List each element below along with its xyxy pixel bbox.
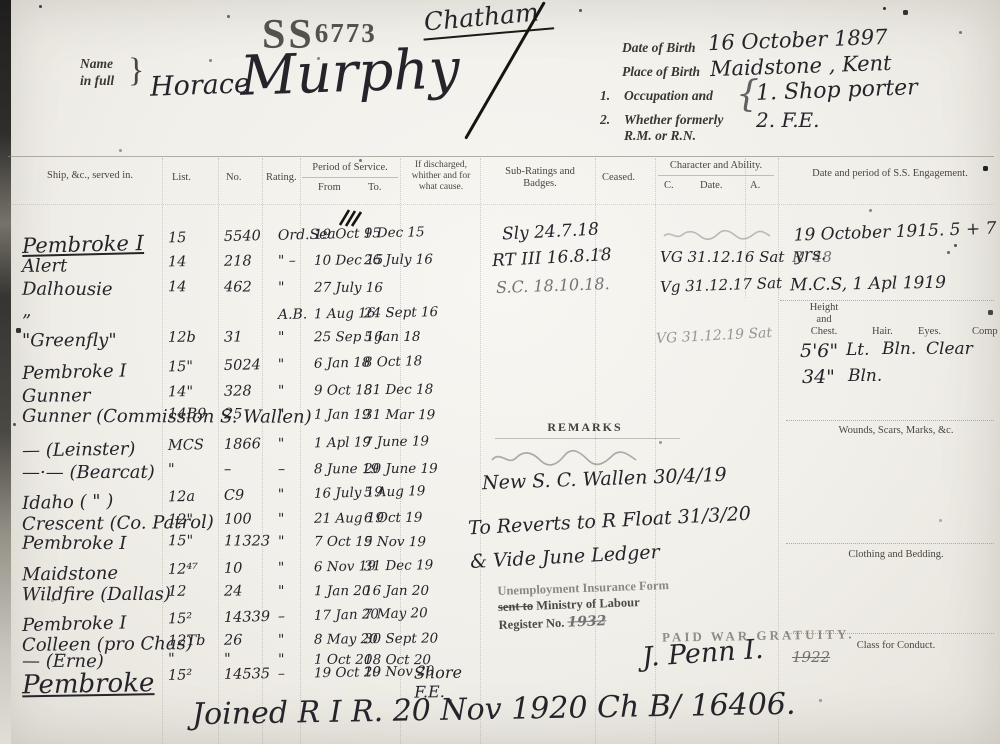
cell-to: 30 Sept 20 xyxy=(364,630,438,647)
cell-to: 5 Nov 19 xyxy=(364,534,426,550)
header-ceased: Ceased. xyxy=(602,172,635,184)
header-rating: Rating. xyxy=(266,172,297,184)
cell-no: 11323 xyxy=(224,533,270,549)
header-character: Character and Ability. xyxy=(658,160,774,172)
cell-no: 328 xyxy=(224,383,252,399)
dob-value: 16 October 1897 xyxy=(708,25,888,55)
cell-list: 15² xyxy=(168,611,193,628)
former-service-label: Whether formerly R.M. or R.N. xyxy=(624,112,723,144)
cell-rating: " xyxy=(278,487,285,503)
cell-to: 26 July 16 xyxy=(364,252,433,269)
cell-rating: " – xyxy=(278,253,296,269)
cell-rating: A.B. xyxy=(278,306,308,323)
cell-ship: Pembroke I xyxy=(22,533,126,554)
height-label-line1: Height xyxy=(798,302,850,314)
cell-rating: " xyxy=(278,583,285,599)
cell-rating: " xyxy=(278,407,285,423)
cell-ship: Dalhousie xyxy=(22,279,113,300)
cell-to: 7 May 20 xyxy=(364,605,428,623)
cell-rating: – xyxy=(278,666,285,682)
footer-note-handwritten: Joined R I R. 20 Nov 1920 Ch B/ 16406. xyxy=(192,687,796,733)
engagement-entry: M.C.S, 1 Apl 1919 xyxy=(790,273,946,296)
cell-list: 15" xyxy=(168,359,194,376)
cell-no: 100 xyxy=(224,511,252,527)
cell-ship: ” xyxy=(22,311,32,332)
cell-list: 12a xyxy=(168,489,195,506)
table-top-rule xyxy=(8,156,994,157)
illegible-remark-line xyxy=(490,448,640,468)
dob-label: Date of Birth xyxy=(622,40,696,56)
occupation-number: 1. xyxy=(600,88,610,104)
header-to: To. xyxy=(368,182,382,194)
wounds-divider xyxy=(786,420,994,421)
register-no-label: Register No. xyxy=(498,615,564,631)
cell-no: 25 xyxy=(224,406,243,422)
cell-ship: Idaho ( " ) xyxy=(22,491,114,514)
height-label-line3: Chest. xyxy=(798,326,850,338)
cell-ship: "Greenfly" xyxy=(22,330,117,351)
cell-to: 9 Dec 15 xyxy=(364,224,425,241)
cell-ship: Alert xyxy=(22,255,67,276)
cell-rating: " xyxy=(278,329,285,345)
gratuity-struck-year: 1922 xyxy=(792,648,830,666)
cell-rating: " xyxy=(278,280,285,296)
header-discharged: If discharged, whither and for what caus… xyxy=(402,160,480,193)
insurance-stamp-struck-text: sent to xyxy=(498,599,534,614)
pob-label: Place of Birth xyxy=(622,64,700,80)
sub-rating-entry: S.C. 18.10.18. xyxy=(496,274,610,297)
surname-handwritten: Murphy xyxy=(239,36,461,108)
cell-to: 31 Mar 19 xyxy=(364,407,435,423)
cell-list: " xyxy=(168,651,175,667)
cell-rating: – xyxy=(278,461,285,477)
cell-no: 24 xyxy=(224,584,243,600)
insurance-stamp-ministry: Ministry of Labour xyxy=(536,595,640,613)
occupation-label: Occupation and xyxy=(624,88,713,104)
cell-list: 14B9 xyxy=(168,406,206,422)
first-name-handwritten: Horace xyxy=(149,68,250,102)
header-period: Period of Service. xyxy=(302,162,398,174)
cell-to: 8 Oct 18 xyxy=(364,353,423,370)
cell-rating: " xyxy=(278,560,285,576)
height-value: 5'6" xyxy=(800,340,838,362)
cell-no: 10 xyxy=(224,561,243,577)
header-from: From xyxy=(318,182,341,194)
illegible-character-entry xyxy=(662,228,772,242)
complexion-label: Comp xyxy=(972,326,998,338)
cell-to: 6 Oct 19 xyxy=(364,510,423,527)
cell-ship: Pembroke I xyxy=(22,612,127,636)
cell-to: 24 Sept 16 xyxy=(364,304,439,321)
cell-no: 1866 xyxy=(224,436,261,453)
cell-rating: " xyxy=(278,357,285,373)
cell-no: 14535 xyxy=(224,666,270,683)
cell-to: 16 Jan 20 xyxy=(364,583,429,599)
paper-speck-layer xyxy=(0,0,1,1)
cell-list: 12⁴⁷ xyxy=(168,561,198,578)
cell-list: MCS xyxy=(168,437,204,454)
cell-from: 1 Jan 19 xyxy=(314,407,371,423)
cell-list: 12b xyxy=(168,330,196,346)
register-no-value: 1932 xyxy=(567,613,607,630)
former-service-number: 2. xyxy=(600,112,610,128)
cell-no: " xyxy=(224,651,231,667)
cell-from: 6 Jan 18 xyxy=(314,354,371,371)
wounds-section-title: Wounds, Scars, Marks, &c. xyxy=(796,425,996,437)
cell-ship: Pembroke I xyxy=(22,360,127,384)
cell-ship: Wildfire (Dallas) xyxy=(22,584,171,606)
cell-no: 5024 xyxy=(224,357,261,374)
cell-list: 15" xyxy=(168,533,193,549)
cell-list: 14" xyxy=(168,384,193,400)
cell-rating: " xyxy=(278,511,285,527)
complexion-value: Clear xyxy=(926,339,973,359)
height-label-line2: and xyxy=(798,314,850,326)
service-record-document: SS6773 Chatham Name in full } Horace Mur… xyxy=(0,0,1000,744)
cell-list: 15² xyxy=(168,667,193,683)
cell-list: 12" xyxy=(168,512,193,528)
cell-no: – xyxy=(224,462,231,478)
cell-ship: Maidstone xyxy=(22,563,118,586)
cell-to: 5 Jan 18 xyxy=(364,329,421,345)
cell-ship: Pembroke xyxy=(22,668,155,700)
cell-no: 218 xyxy=(224,253,252,269)
cell-list: 12 xyxy=(168,584,187,600)
cell-rating: " xyxy=(278,534,285,550)
occupation-value: 1. Shop porter xyxy=(756,75,919,106)
header-list: List. xyxy=(172,172,191,184)
character-sub-rule xyxy=(658,175,774,176)
cell-no: 26 xyxy=(224,633,243,649)
table-header-rule xyxy=(8,204,994,205)
cell-ship: Gunner (Commission S. Wallen) xyxy=(22,406,312,428)
hair-value: Lt. xyxy=(846,340,870,360)
cell-list: 14 xyxy=(168,254,187,270)
cell-list: 12Tb xyxy=(168,633,206,649)
character-entry: VG 31.12.16 Sat xyxy=(660,248,784,266)
eyes-value: Bln. xyxy=(848,366,882,386)
cell-to: 20 June 19 xyxy=(364,461,438,477)
cell-from: 1 Apl 19 xyxy=(314,434,371,451)
cell-to: 31 Dec 18 xyxy=(364,382,433,399)
cell-ship: —·— (Bearcat) xyxy=(22,462,155,483)
name-brace: } xyxy=(128,52,144,90)
ink-scribble xyxy=(336,208,366,228)
cell-from: 1 Jan 20 xyxy=(314,583,371,599)
cell-to: 5 Aug 19 xyxy=(364,483,426,500)
cell-no: C9 xyxy=(224,488,245,504)
cell-ship: — (Leinster) xyxy=(22,438,136,461)
former-service-label-line1: Whether formerly xyxy=(624,112,723,128)
cell-list: 14 xyxy=(168,279,187,295)
header-character-a: A. xyxy=(750,180,760,192)
cell-rating: " xyxy=(278,383,285,399)
chest-value: 34" xyxy=(802,366,835,388)
cell-from: 27 July 16 xyxy=(314,280,383,296)
hair-label: Hair. xyxy=(872,326,893,338)
cell-list: 15 xyxy=(168,230,187,246)
header-engagement: Date and period of S.S. Engagement. xyxy=(788,168,992,180)
cell-ship: Gunner xyxy=(22,385,91,407)
clothing-section-title: Clothing and Bedding. xyxy=(796,549,996,561)
header-character-date: Date. xyxy=(700,180,722,192)
former-service-value: 2. F.E. xyxy=(756,108,820,132)
hair-value-2: Bln. xyxy=(882,339,916,359)
name-label-line1: Name xyxy=(80,56,114,73)
cell-to: 31 Dec 19 xyxy=(364,557,434,574)
remarks-title: REMARKS xyxy=(520,420,650,435)
cell-no: 462 xyxy=(224,279,252,295)
header-no: No. xyxy=(226,172,241,184)
cell-no: 5540 xyxy=(224,228,261,245)
cell-rating: " xyxy=(278,436,285,452)
former-service-label-line2: R.M. or R.N. xyxy=(624,128,723,144)
description-divider xyxy=(780,300,994,301)
engagement-entry: R. 48 xyxy=(792,248,832,266)
height-chest-label: Height and Chest. xyxy=(798,302,850,338)
name-label-line2: in full xyxy=(80,73,114,90)
cell-rating: " xyxy=(278,632,285,648)
header-sub-ratings: Sub-Ratings and Badges. xyxy=(488,166,592,190)
cell-to: 7 June 19 xyxy=(364,433,429,450)
clothing-divider xyxy=(786,543,994,544)
name-label: Name in full xyxy=(80,56,114,90)
header-ship: Ship, &c., served in. xyxy=(22,170,158,182)
insurance-stamp: Unemployment Insurance Form sent to Mini… xyxy=(497,577,670,634)
eyes-label: Eyes. xyxy=(918,326,941,338)
header-character-c: C. xyxy=(664,180,674,192)
cell-list: " xyxy=(168,462,175,478)
cell-no: 31 xyxy=(224,330,243,346)
cell-no: 14339 xyxy=(224,609,271,626)
period-sub-rule xyxy=(302,177,398,178)
remarks-underline xyxy=(495,438,680,439)
cell-rating: – xyxy=(278,609,285,625)
